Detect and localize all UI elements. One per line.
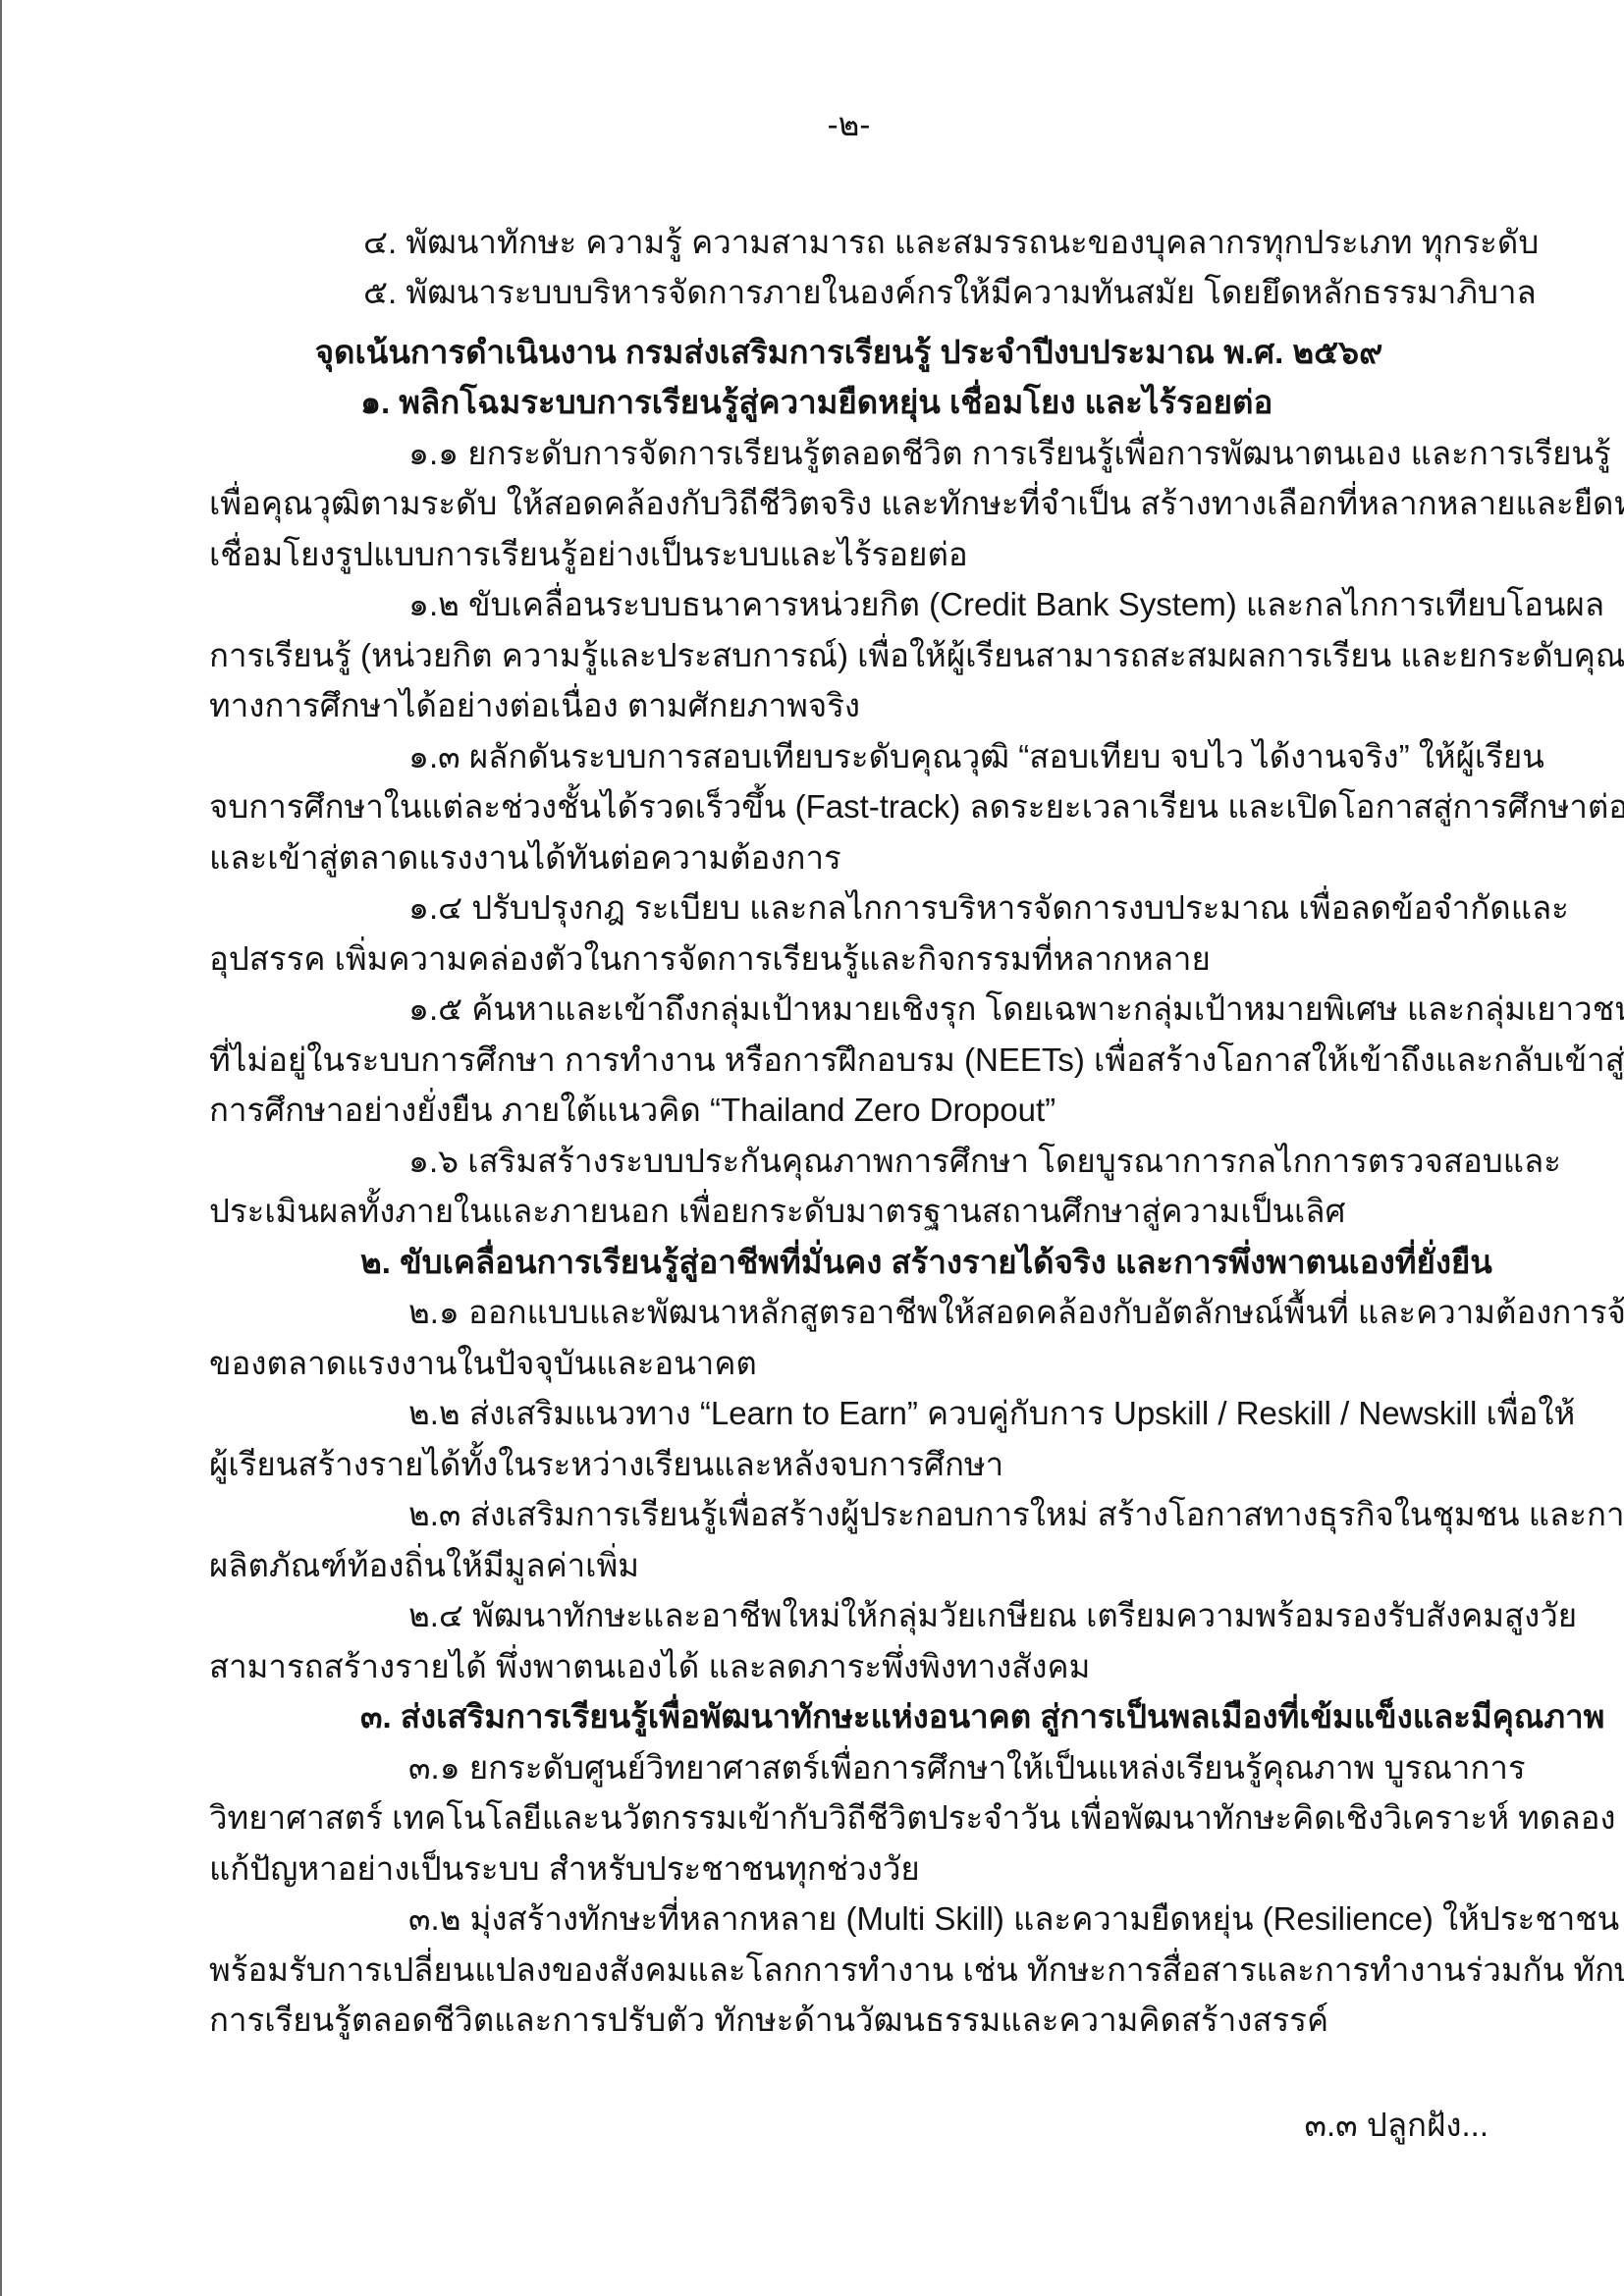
text-line: เชื่อมโยงรูปแบบการเรียนรู้อย่างเป็นระบบแ… (209, 529, 1489, 580)
text-line: จบการศึกษาในแต่ละช่วงชั้นได้รวดเร็วขึ้น … (209, 781, 1489, 832)
page-number: -๒- (209, 99, 1489, 150)
text-line: ประเมินผลทั้งภายในและภายนอก เพื่อยกระดับ… (209, 1186, 1489, 1237)
text-line: ทางการศึกษาได้อย่างต่อเนื่อง ตามศักยภาพจ… (209, 680, 1489, 731)
text-line: ๓. ส่งเสริมการเรียนรู้เพื่อพัฒนาทักษะแห่… (209, 1691, 1489, 1742)
text-line: และเข้าสู่ตลาดแรงงานได้ทันต่อความต้องการ (209, 832, 1489, 883)
document-body: -๒- ๔. พัฒนาทักษะ ความรู้ ความสามารถ และ… (209, 0, 1489, 2150)
text-line: ที่ไม่อยู่ในระบบการศึกษา การทำงาน หรือกา… (209, 1035, 1489, 1086)
text-line: ๑.๒ ขับเคลื่อนระบบธนาคารหน่วยกิต (Credit… (209, 579, 1489, 630)
scan-edge-artifact (0, 0, 2, 2296)
text-line: แก้ปัญหาอย่างเป็นระบบ สำหรับประชาชนทุกช่… (209, 1843, 1489, 1895)
text-line: พร้อมรับการเปลี่ยนแปลงของสังคมและโลกการท… (209, 1945, 1489, 1996)
text-line: สามารถสร้างรายได้ พึ่งพาตนเองได้ และลดภา… (209, 1641, 1489, 1692)
text-line: จุดเน้นการดำเนินงาน กรมส่งเสริมการเรียนร… (209, 327, 1489, 378)
text-line: ๔. พัฒนาทักษะ ความรู้ ความสามารถ และสมรร… (209, 217, 1489, 268)
text-line: ๑.๕ ค้นหาและเข้าถึงกลุ่มเป้าหมายเชิงรุก … (209, 984, 1489, 1035)
text-line: อุปสรรค เพิ่มความคล่องตัวในการจัดการเรีย… (209, 934, 1489, 985)
text-line: ผลิตภัณฑ์ท้องถิ่นให้มีมูลค่าเพิ่ม (209, 1540, 1489, 1591)
text-lines-container: ๔. พัฒนาทักษะ ความรู้ ความสามารถ และสมรร… (209, 217, 1489, 2046)
text-line: ๒.๔ พัฒนาทักษะและอาชีพใหม่ให้กลุ่มวัยเกษ… (209, 1590, 1489, 1641)
text-line: ๒. ขับเคลื่อนการเรียนรู้สู่อาชีพที่มั่นค… (209, 1237, 1489, 1288)
text-line: ๑.๑ ยกระดับการจัดการเรียนรู้ตลอดชีวิต กา… (209, 428, 1489, 479)
text-line: ๑.๖ เสริมสร้างระบบประกันคุณภาพการศึกษา โ… (209, 1136, 1489, 1187)
text-line: ๓.๑ ยกระดับศูนย์วิทยาศาสตร์เพื่อการศึกษา… (209, 1742, 1489, 1793)
text-line: ๒.๓ ส่งเสริมการเรียนรู้เพื่อสร้างผู้ประก… (209, 1489, 1489, 1540)
text-line: ๕. พัฒนาระบบบริหารจัดการภายในองค์กรให้มี… (209, 267, 1489, 318)
text-line: เพื่อคุณวุฒิตามระดับ ให้สอดคล้องกับวิถีช… (209, 478, 1489, 529)
continuation-marker: ๓.๓ ปลูกฝัง... (209, 2100, 1489, 2151)
text-line: ๑.๔ ปรับปรุงกฎ ระเบียบ และกลไกการบริหารจ… (209, 882, 1489, 934)
text-line: ๓.๒ มุ่งสร้างทักษะที่หลากหลาย (Multi Ski… (209, 1894, 1489, 1945)
document-page: -๒- ๔. พัฒนาทักษะ ความรู้ ความสามารถ และ… (0, 0, 1624, 2296)
text-line: ๒.๑ ออกแบบและพัฒนาหลักสูตรอาชีพให้สอดคล้… (209, 1287, 1489, 1338)
text-line: การศึกษาอย่างยั่งยืน ภายใต้แนวคิด “Thail… (209, 1085, 1489, 1136)
text-line: ๑.๓ ผลักดันระบบการสอบเทียบระดับคุณวุฒิ “… (209, 731, 1489, 782)
text-line: ของตลาดแรงงานในปัจจุบันและอนาคต (209, 1338, 1489, 1389)
text-line: การเรียนรู้ (หน่วยกิต ความรู้และประสบการ… (209, 630, 1489, 681)
text-line: ผู้เรียนสร้างรายได้ทั้งในระหว่างเรียนและ… (209, 1439, 1489, 1490)
text-line: การเรียนรู้ตลอดชีวิตและการปรับตัว ทักษะด… (209, 1995, 1489, 2046)
text-line: ๑. พลิกโฉมระบบการเรียนรู้สู่ความยืดหยุ่น… (209, 377, 1489, 428)
text-line: วิทยาศาสตร์ เทคโนโลยีและนวัตกรรมเข้ากับว… (209, 1792, 1489, 1843)
text-line: ๒.๒ ส่งเสริมแนวทาง “Learn to Earn” ควบคู… (209, 1388, 1489, 1439)
